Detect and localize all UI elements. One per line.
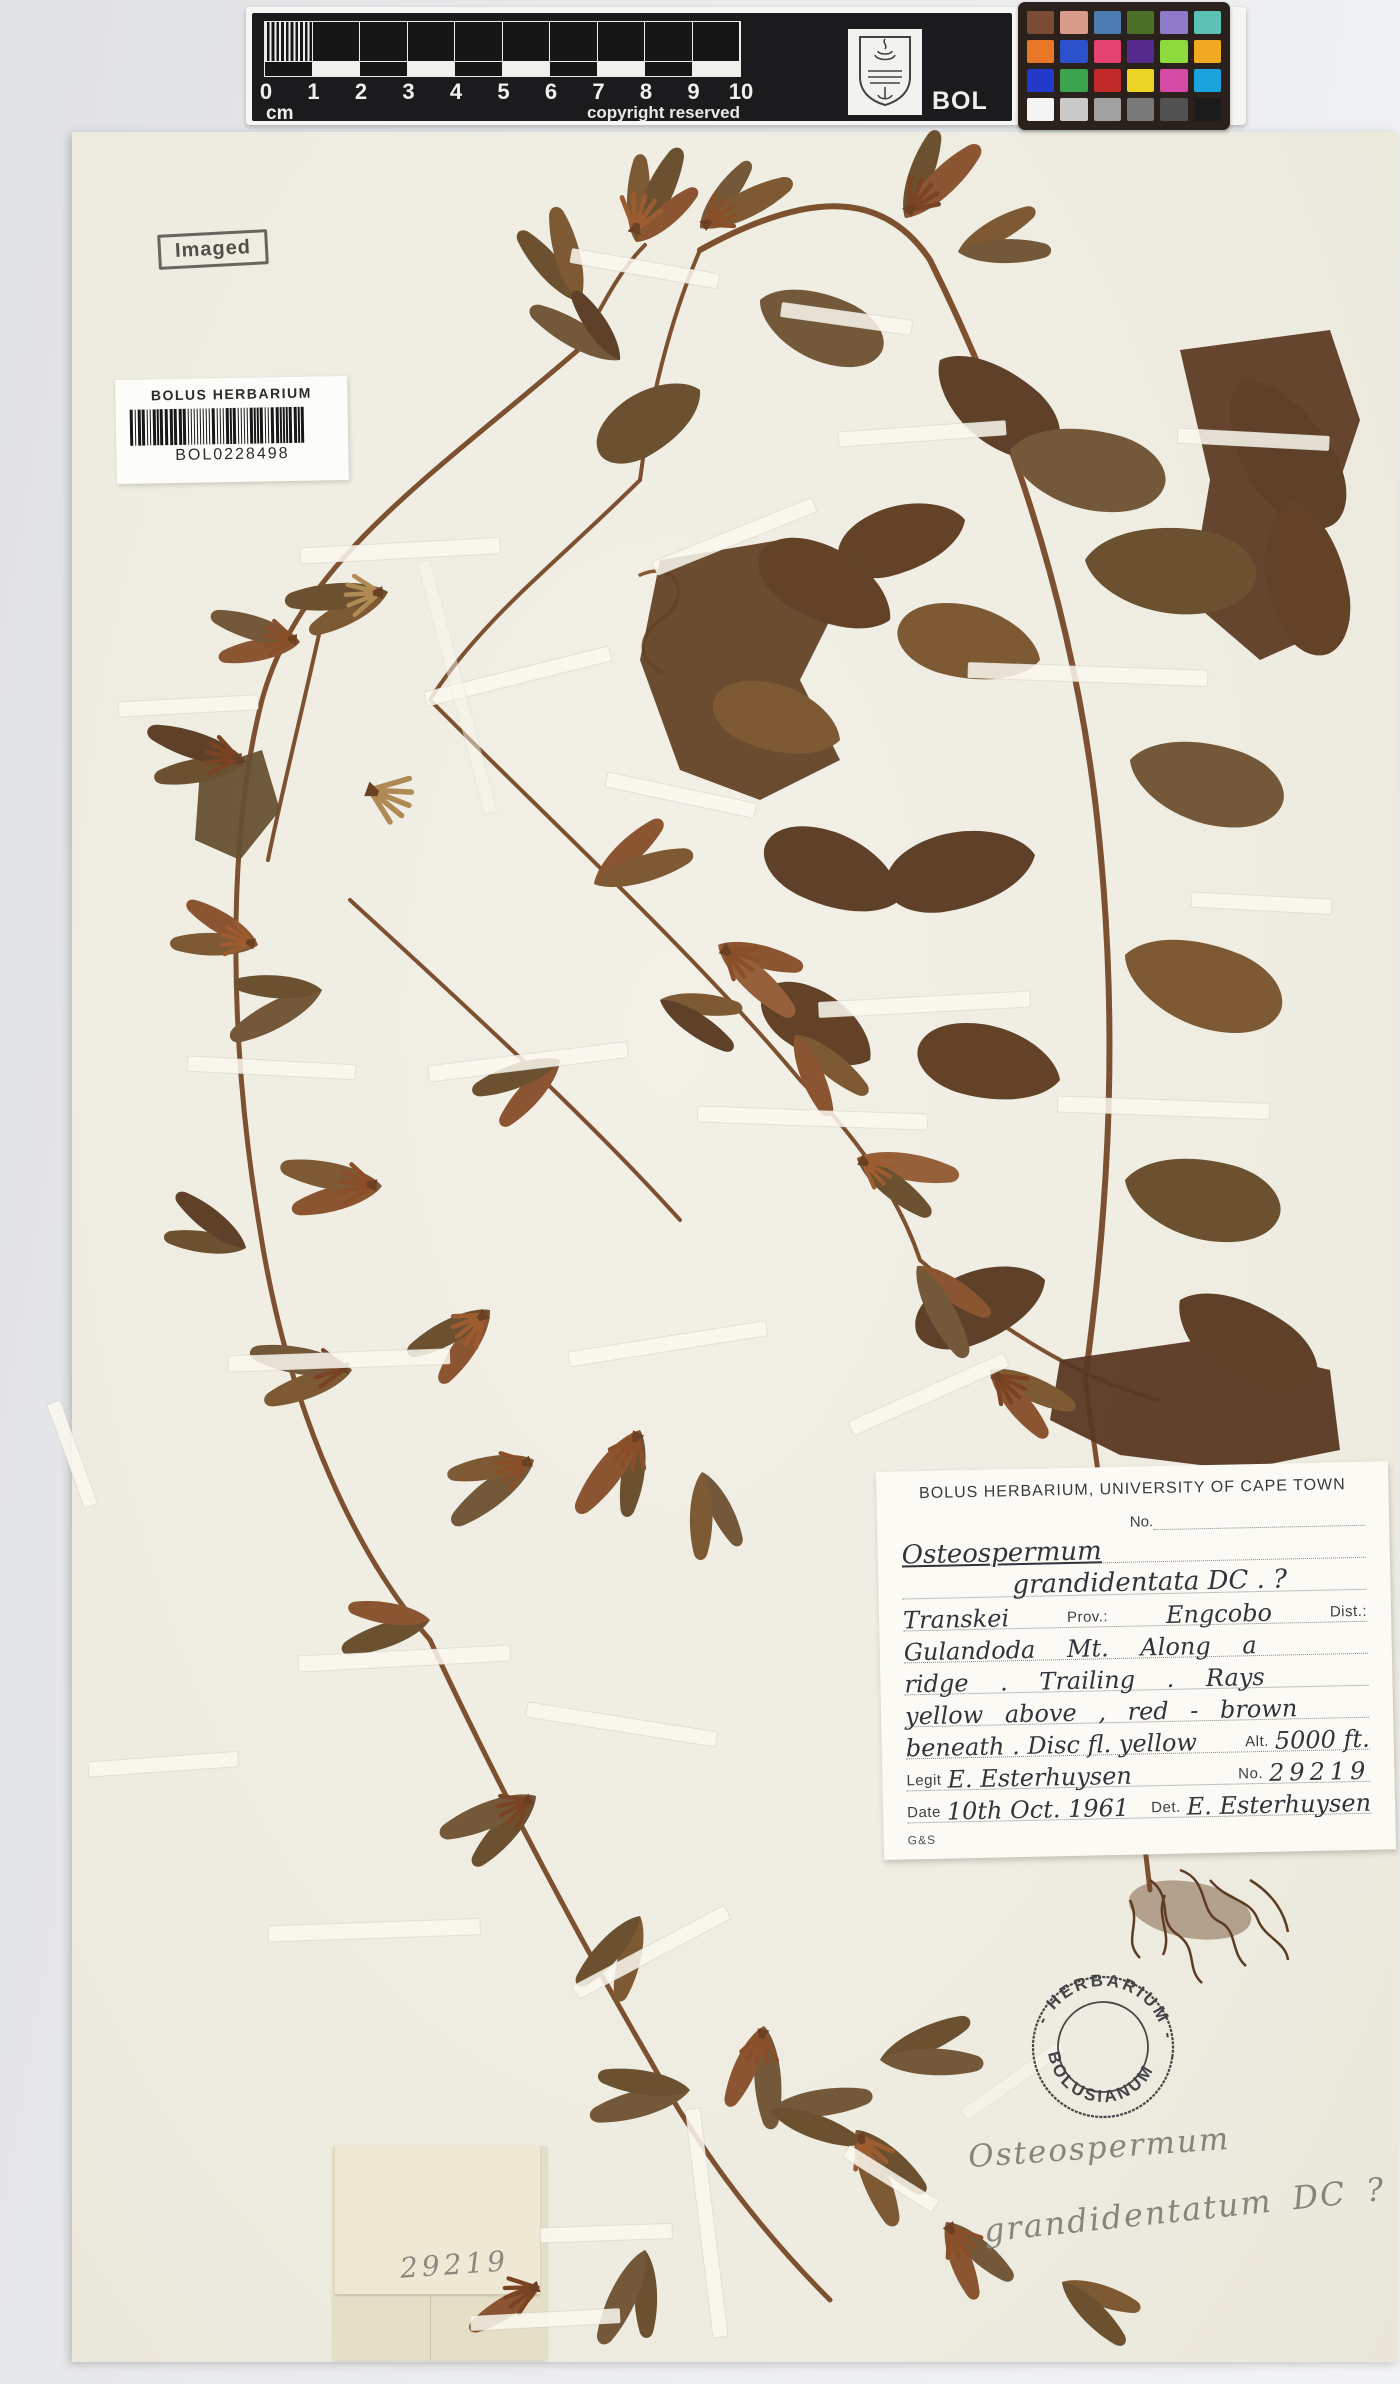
stamp-bottom-text: BOLUSIANUM xyxy=(1038,2047,1159,2114)
color-swatch xyxy=(1160,40,1187,63)
ruler-cm-cell xyxy=(598,22,646,61)
color-swatch xyxy=(1094,69,1121,92)
ruler-number: 3 xyxy=(402,79,414,105)
color-swatch xyxy=(1127,40,1154,63)
scale-bar-ruler: 012345678910 cm copyright reserved BOL xyxy=(252,13,1012,121)
date-label: Date xyxy=(907,1804,941,1823)
collection-number-handwriting: 29219 xyxy=(1269,1760,1371,1783)
ruler-cm-cell xyxy=(360,22,408,61)
ruler-cm-cell xyxy=(265,22,313,61)
color-swatch xyxy=(1194,98,1221,121)
plant-specimen xyxy=(0,0,1400,2384)
color-swatch xyxy=(1160,98,1187,121)
ruler-number: 10 xyxy=(729,79,753,105)
dist-label: Dist.: xyxy=(1330,1603,1368,1622)
ruler-half-cell xyxy=(598,61,646,76)
ruler-half-cell xyxy=(313,61,361,76)
ruler-number: 4 xyxy=(450,79,462,105)
ruler-numbers: 012345678910 xyxy=(264,79,764,103)
barcode-number: BOL0228498 xyxy=(126,444,338,466)
ruler-number: 9 xyxy=(687,79,699,105)
ruler-half-cell xyxy=(645,61,693,76)
imaged-stamp: Imaged xyxy=(157,229,269,270)
color-swatch xyxy=(1060,11,1087,34)
herbarium-stamp: - HERBARIUM - BOLUSIANUM xyxy=(1018,1962,1187,2131)
color-swatch xyxy=(1194,11,1221,34)
ruler-number: 1 xyxy=(307,79,319,105)
color-swatch xyxy=(1194,40,1221,63)
color-swatch xyxy=(1094,98,1121,121)
ruler-cells xyxy=(264,21,741,77)
ruler-cm-cell xyxy=(645,22,693,61)
stems xyxy=(236,206,1160,2300)
ruler-half-cell xyxy=(408,61,456,76)
color-swatch xyxy=(1027,98,1054,121)
ruler-cm-cell xyxy=(408,22,456,61)
no-label: No. xyxy=(1130,1513,1154,1530)
barcode-label: BOLUS HERBARIUM BOL0228498 xyxy=(115,376,349,484)
ruler-half-cell xyxy=(693,61,741,76)
color-swatch xyxy=(1094,11,1121,34)
genus-handwriting: Osteospermum xyxy=(902,1540,1102,1566)
number-label: No. xyxy=(1238,1765,1263,1784)
no-blank-line xyxy=(1153,1498,1366,1530)
svg-text:BOLUSIANUM: BOLUSIANUM xyxy=(1038,2047,1159,2114)
ruler-number: 8 xyxy=(640,79,652,105)
locality-handwriting: yellow above , red - brown xyxy=(905,1698,1298,1727)
ruler-cm-cell xyxy=(503,22,551,61)
copyright-text: copyright reserved xyxy=(482,103,740,123)
altitude-handwriting: 5000 ft. xyxy=(1275,1728,1370,1750)
ruler-number: 7 xyxy=(592,79,604,105)
barcode-institution: BOLUS HERBARIUM xyxy=(125,384,337,404)
region-handwriting: Transkei xyxy=(903,1608,1009,1631)
determiner-handwriting: E. Esterhuysen xyxy=(1186,1792,1371,1816)
color-swatch xyxy=(1127,11,1154,34)
color-swatch xyxy=(1160,69,1187,92)
district-handwriting: Engcobo xyxy=(1166,1602,1272,1625)
color-swatch xyxy=(1060,40,1087,63)
color-swatch xyxy=(1094,40,1121,63)
ruler-number: 0 xyxy=(260,79,272,105)
ruler-number: 5 xyxy=(497,79,509,105)
institution-code: BOL xyxy=(932,87,988,116)
color-swatch xyxy=(1060,69,1087,92)
locality-handwriting: beneath . Disc fl. yellow xyxy=(906,1732,1198,1758)
alt-label: Alt. xyxy=(1245,1733,1269,1751)
color-swatch xyxy=(1160,11,1187,34)
herbarium-scan: 29219 xyxy=(0,0,1400,2384)
color-swatch xyxy=(1127,69,1154,92)
ruler-half-cell xyxy=(550,61,598,76)
color-swatch xyxy=(1027,69,1054,92)
color-swatch xyxy=(1194,69,1221,92)
ruler-half-cell xyxy=(455,61,503,76)
scale-bar: 012345678910 cm copyright reserved BOL xyxy=(246,5,1246,127)
ruler-cm-cell xyxy=(693,22,741,61)
color-swatch xyxy=(1060,98,1087,121)
color-swatch xyxy=(1027,11,1054,34)
determination-label: BOLUS HERBARIUM, UNIVERSITY OF CAPE TOWN… xyxy=(876,1461,1396,1860)
ruler-cm-cell xyxy=(313,22,361,61)
date-handwriting: 10th Oct. 1961 xyxy=(947,1797,1130,1821)
ruler-half-cell xyxy=(360,61,408,76)
ruler-number: 2 xyxy=(355,79,367,105)
species-handwriting: grandidentata DC . ? xyxy=(1012,1568,1287,1596)
color-swatch xyxy=(1027,40,1054,63)
ruler-half-cell xyxy=(503,61,551,76)
ruler-cm-cell xyxy=(455,22,503,61)
root-mass xyxy=(1124,1870,1288,1983)
prov-label: Prov.: xyxy=(1067,1608,1108,1627)
uct-crest-icon xyxy=(848,29,922,115)
locality-handwriting: ridge . Trailing . Rays xyxy=(904,1667,1265,1695)
ruler-cm-cell xyxy=(550,22,598,61)
color-swatch xyxy=(1127,98,1154,121)
locality-handwriting: Gulandoda Mt. Along a xyxy=(904,1635,1257,1663)
collector-handwriting: E. Esterhuysen xyxy=(947,1765,1132,1789)
legit-label: Legit xyxy=(906,1772,941,1791)
det-label: Det. xyxy=(1151,1799,1181,1818)
barcode xyxy=(130,406,335,446)
ruler-unit-label: cm xyxy=(266,103,293,125)
color-calibration-card xyxy=(1018,2,1230,130)
ruler-number: 6 xyxy=(545,79,557,105)
ruler-half-cell xyxy=(265,61,313,76)
